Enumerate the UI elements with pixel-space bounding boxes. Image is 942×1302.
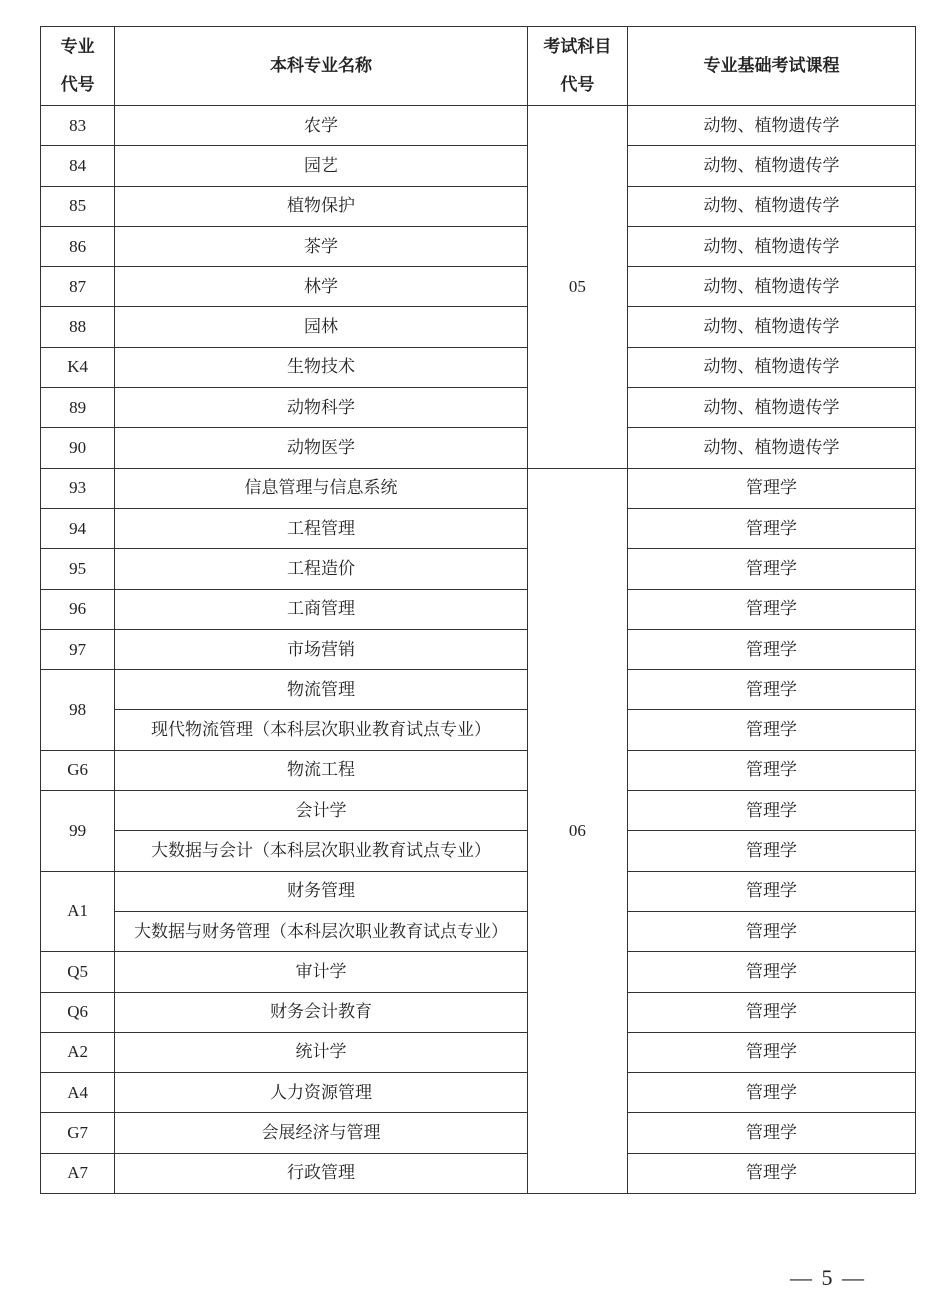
table-header-row: 专业代号 本科专业名称 考试科目代号 专业基础考试课程 [41, 27, 916, 106]
exam-course: 管理学 [628, 710, 916, 750]
table-row: 84 园艺 动物、植物遗传学 [41, 146, 916, 186]
table-row: 97 市场营销 管理学 [41, 629, 916, 669]
table-row: A4 人力资源管理 管理学 [41, 1073, 916, 1113]
major-code: 93 [41, 468, 115, 508]
major-name: 审计学 [115, 952, 527, 992]
exam-course: 动物、植物遗传学 [628, 106, 916, 146]
exam-course: 管理学 [628, 911, 916, 951]
major-name: 物流工程 [115, 750, 527, 790]
header-major-name: 本科专业名称 [115, 27, 527, 106]
major-code: 98 [41, 670, 115, 751]
exam-course: 管理学 [628, 791, 916, 831]
major-name: 工商管理 [115, 589, 527, 629]
table-row: 95 工程造价 管理学 [41, 549, 916, 589]
major-name: 财务会计教育 [115, 992, 527, 1032]
major-name: 大数据与会计（本科层次职业教育试点专业） [115, 831, 527, 871]
major-name: 行政管理 [115, 1153, 527, 1193]
major-name: 大数据与财务管理（本科层次职业教育试点专业） [115, 911, 527, 951]
table-row: 83 农学 05 动物、植物遗传学 [41, 106, 916, 146]
major-name: 植物保护 [115, 186, 527, 226]
major-code: 83 [41, 106, 115, 146]
exam-course: 管理学 [628, 1073, 916, 1113]
exam-course: 动物、植物遗传学 [628, 307, 916, 347]
table-row: 96 工商管理 管理学 [41, 589, 916, 629]
table-row: 94 工程管理 管理学 [41, 508, 916, 548]
table-row: 大数据与财务管理（本科层次职业教育试点专业） 管理学 [41, 911, 916, 951]
exam-course: 管理学 [628, 670, 916, 710]
exam-course: 动物、植物遗传学 [628, 388, 916, 428]
table-row: 87 林学 动物、植物遗传学 [41, 267, 916, 307]
major-name: 会计学 [115, 791, 527, 831]
major-name: 会展经济与管理 [115, 1113, 527, 1153]
major-name: 工程造价 [115, 549, 527, 589]
exam-course: 动物、植物遗传学 [628, 267, 916, 307]
major-code: 85 [41, 186, 115, 226]
major-code: 99 [41, 791, 115, 872]
table-row: A7 行政管理 管理学 [41, 1153, 916, 1193]
exam-course: 动物、植物遗传学 [628, 428, 916, 468]
major-name: 生物技术 [115, 347, 527, 387]
major-code: Q5 [41, 952, 115, 992]
exam-course: 管理学 [628, 1032, 916, 1072]
table-row: 88 园林 动物、植物遗传学 [41, 307, 916, 347]
table-row: G7 会展经济与管理 管理学 [41, 1113, 916, 1153]
major-name: 现代物流管理（本科层次职业教育试点专业） [115, 710, 527, 750]
major-code: 95 [41, 549, 115, 589]
table-row: 93 信息管理与信息系统 06 管理学 [41, 468, 916, 508]
exam-course: 管理学 [628, 750, 916, 790]
table-row: 85 植物保护 动物、植物遗传学 [41, 186, 916, 226]
major-code: 86 [41, 226, 115, 266]
major-code: 97 [41, 629, 115, 669]
major-name: 园林 [115, 307, 527, 347]
table-row: A2 统计学 管理学 [41, 1032, 916, 1072]
major-code: A7 [41, 1153, 115, 1193]
exam-course: 动物、植物遗传学 [628, 146, 916, 186]
major-name: 信息管理与信息系统 [115, 468, 527, 508]
major-code: 84 [41, 146, 115, 186]
table-row: 90 动物医学 动物、植物遗传学 [41, 428, 916, 468]
table-row: 86 茶学 动物、植物遗传学 [41, 226, 916, 266]
major-name: 林学 [115, 267, 527, 307]
major-name: 动物科学 [115, 388, 527, 428]
major-code: 94 [41, 508, 115, 548]
table-row: K4 生物技术 动物、植物遗传学 [41, 347, 916, 387]
exam-course: 动物、植物遗传学 [628, 186, 916, 226]
exam-course: 动物、植物遗传学 [628, 226, 916, 266]
major-name: 茶学 [115, 226, 527, 266]
exam-course: 管理学 [628, 629, 916, 669]
table-row: 大数据与会计（本科层次职业教育试点专业） 管理学 [41, 831, 916, 871]
major-code: G7 [41, 1113, 115, 1153]
table-row: 现代物流管理（本科层次职业教育试点专业） 管理学 [41, 710, 916, 750]
exam-course: 管理学 [628, 1113, 916, 1153]
major-code: K4 [41, 347, 115, 387]
header-exam-course: 专业基础考试课程 [628, 27, 916, 106]
header-exam-subject-code: 考试科目代号 [527, 27, 627, 106]
exam-course: 管理学 [628, 589, 916, 629]
major-exam-table: 专业代号 本科专业名称 考试科目代号 专业基础考试课程 83 农学 05 动物、… [40, 26, 916, 1194]
major-code: Q6 [41, 992, 115, 1032]
table-row: A1 财务管理 管理学 [41, 871, 916, 911]
major-code: A1 [41, 871, 115, 952]
major-code: A2 [41, 1032, 115, 1072]
major-name: 财务管理 [115, 871, 527, 911]
exam-course: 管理学 [628, 549, 916, 589]
table-row: 98 物流管理 管理学 [41, 670, 916, 710]
major-code: 88 [41, 307, 115, 347]
table-row: 99 会计学 管理学 [41, 791, 916, 831]
header-major-code: 专业代号 [41, 27, 115, 106]
major-name: 物流管理 [115, 670, 527, 710]
exam-course: 管理学 [628, 871, 916, 911]
major-name: 工程管理 [115, 508, 527, 548]
major-code: G6 [41, 750, 115, 790]
exam-subject-code: 05 [527, 106, 627, 469]
major-name: 市场营销 [115, 629, 527, 669]
major-code: A4 [41, 1073, 115, 1113]
exam-subject-code: 06 [527, 468, 627, 1193]
exam-course: 管理学 [628, 831, 916, 871]
major-code: 90 [41, 428, 115, 468]
exam-course: 管理学 [628, 1153, 916, 1193]
table-row: G6 物流工程 管理学 [41, 750, 916, 790]
exam-course: 管理学 [628, 952, 916, 992]
major-code: 89 [41, 388, 115, 428]
major-name: 人力资源管理 [115, 1073, 527, 1113]
exam-course: 管理学 [628, 992, 916, 1032]
major-name: 统计学 [115, 1032, 527, 1072]
exam-course: 管理学 [628, 468, 916, 508]
exam-course: 动物、植物遗传学 [628, 347, 916, 387]
page-number: — 5 — [790, 1265, 866, 1291]
table-row: Q5 审计学 管理学 [41, 952, 916, 992]
major-code: 87 [41, 267, 115, 307]
major-name: 园艺 [115, 146, 527, 186]
major-name: 农学 [115, 106, 527, 146]
major-code: 96 [41, 589, 115, 629]
major-name: 动物医学 [115, 428, 527, 468]
table-row: Q6 财务会计教育 管理学 [41, 992, 916, 1032]
table-row: 89 动物科学 动物、植物遗传学 [41, 388, 916, 428]
exam-course: 管理学 [628, 508, 916, 548]
